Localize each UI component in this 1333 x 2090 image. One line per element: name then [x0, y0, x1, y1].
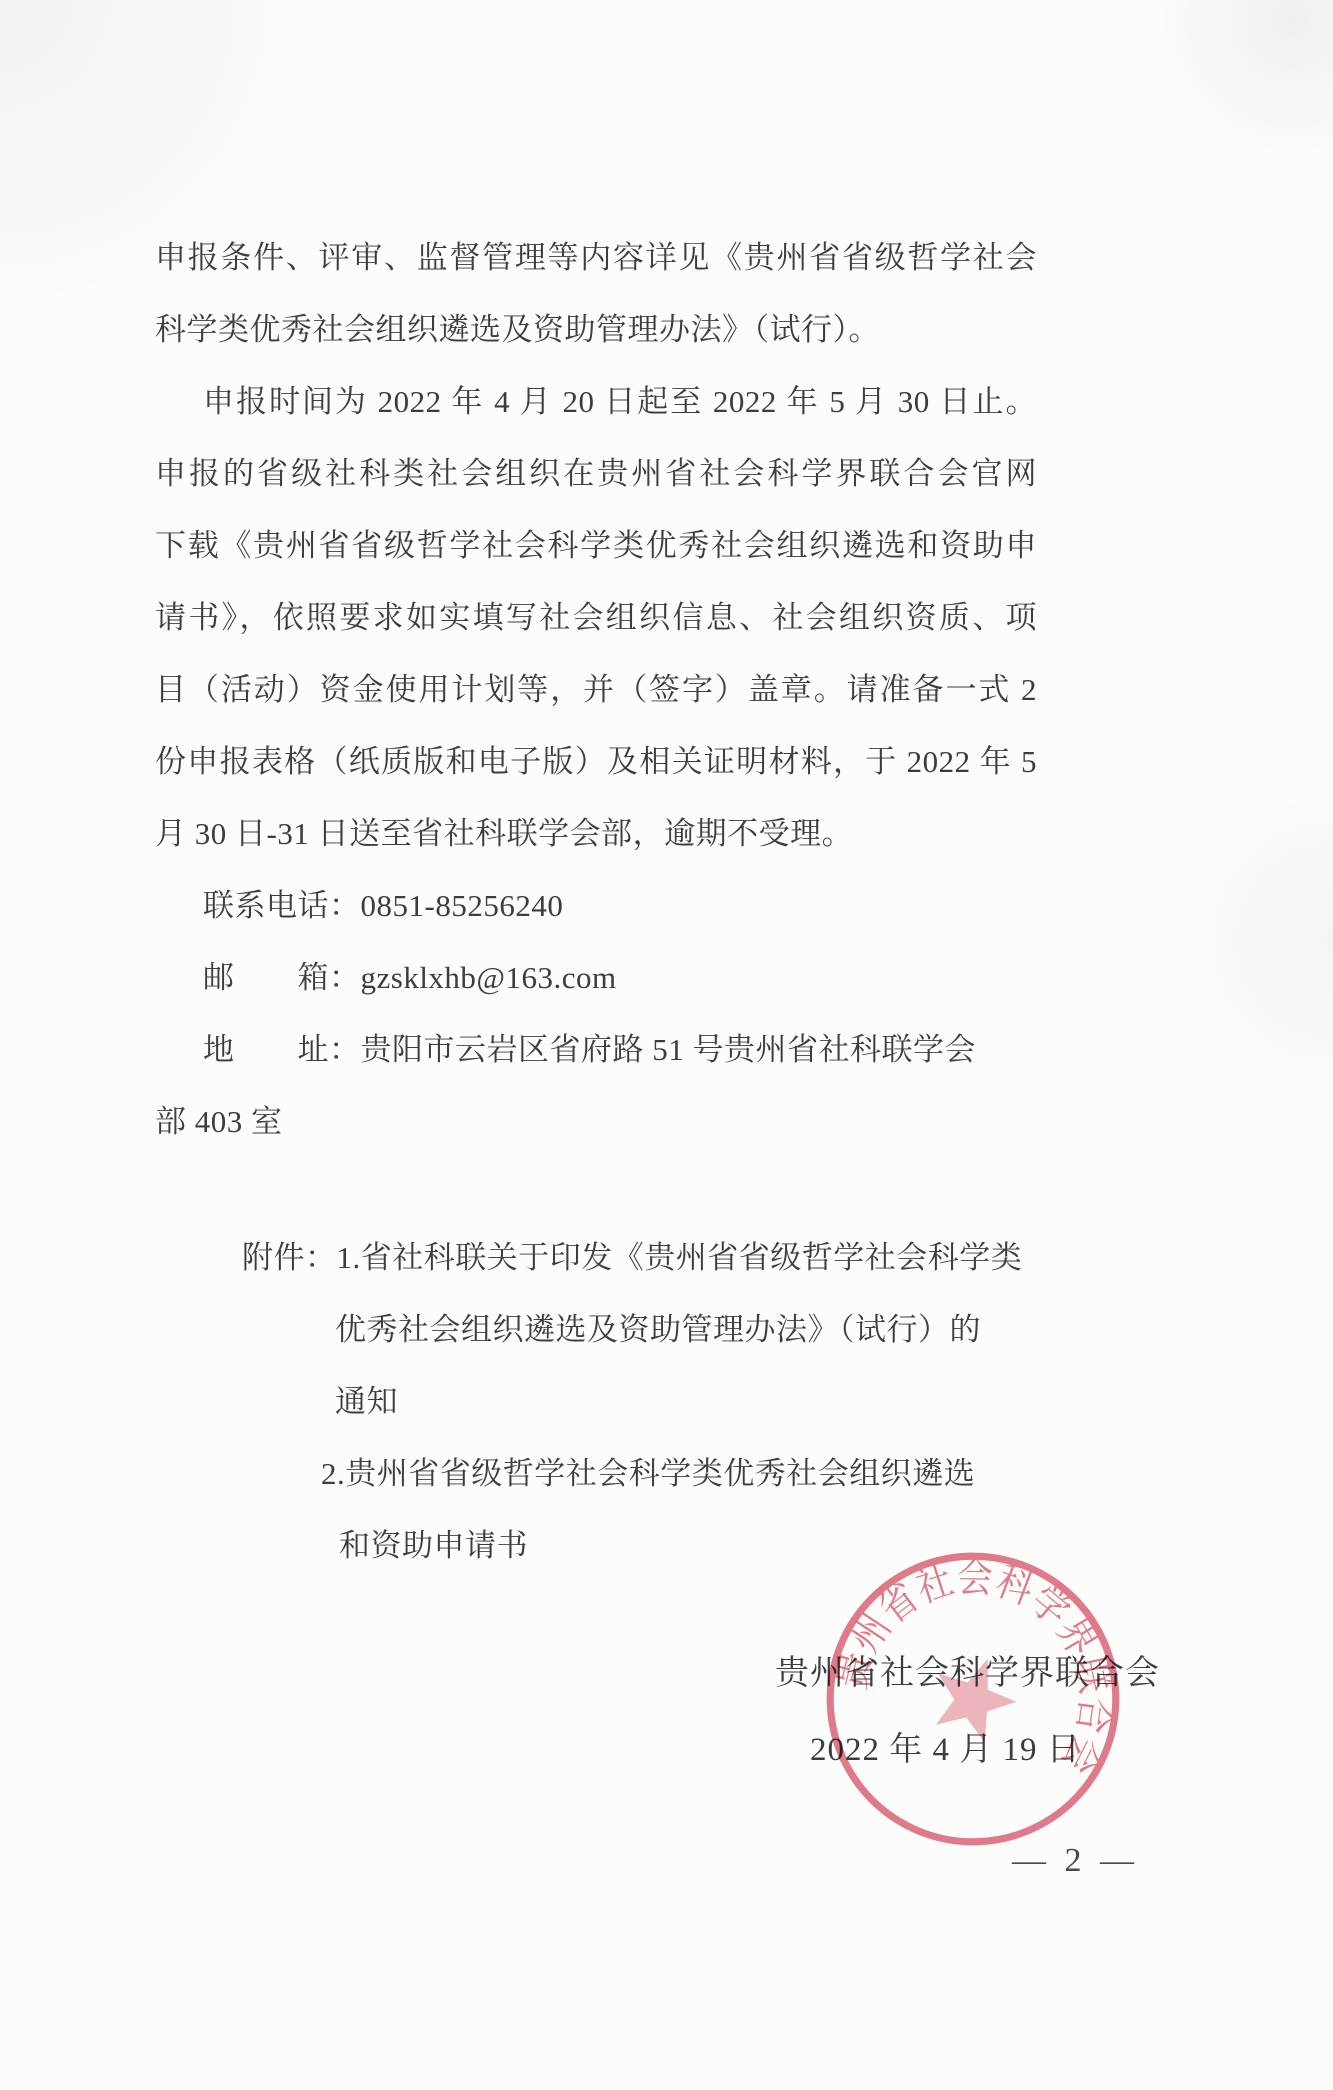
attachment-line: 2.贵州省省级哲学社会科学类优秀社会组织遴选 [242, 1438, 1142, 1510]
body-line: 月 30 日-31 日送至省社科联学会部，逾期不受理。 [155, 798, 1037, 870]
attachment-line: 优秀社会组织遴选及资助管理办法》（试行）的 [242, 1294, 1142, 1366]
signature-date: 2022 年 4 月 19 日 [810, 1726, 1081, 1774]
body-line: 申报时间为 2022 年 4 月 20 日起至 2022 年 5 月 30 日止… [155, 366, 1037, 438]
contact-email-line: 邮 箱：gzsklxhb@163.com [155, 942, 1037, 1014]
body-line: 申报的省级社科类社会组织在贵州省社会科学界联合会官网 [155, 438, 1037, 510]
attachment-line: 附件：1.省社科联关于印发《贵州省省级哲学社会科学类 [242, 1222, 1142, 1294]
contact-phone-line: 联系电话：0851-85256240 [155, 870, 1037, 942]
document-page: 申报条件、评审、监督管理等内容详见《贵州省省级哲学社会 科学类优秀社会组织遴选及… [0, 0, 1333, 2090]
attachment-block: 附件：1.省社科联关于印发《贵州省省级哲学社会科学类 优秀社会组织遴选及资助管理… [242, 1222, 1142, 1582]
contact-address-line-2: 部 403 室 [155, 1086, 1037, 1158]
body-line: 下载《贵州省省级哲学社会科学类优秀社会组织遴选和资助申 [155, 510, 1037, 582]
attachment-line: 通知 [242, 1366, 1142, 1438]
seal-ring [820, 1546, 1126, 1852]
official-seal: 贵州省社会科学界联合会 [820, 1546, 1126, 1852]
main-text-block: 申报条件、评审、监督管理等内容详见《贵州省省级哲学社会 科学类优秀社会组织遴选及… [155, 222, 1037, 1158]
page-number: — 2 — [1012, 1842, 1139, 1880]
contact-address-line: 地 址：贵阳市云岩区省府路 51 号贵州省社科联学会 [155, 1014, 1037, 1086]
body-line: 申报条件、评审、监督管理等内容详见《贵州省省级哲学社会 [155, 222, 1037, 294]
body-line: 目（活动）资金使用计划等，并（签字）盖章。请准备一式 2 [155, 654, 1037, 726]
body-line: 科学类优秀社会组织遴选及资助管理办法》（试行）。 [155, 294, 1037, 366]
attachment-line: 和资助申请书 [242, 1510, 1142, 1582]
body-line: 份申报表格（纸质版和电子版）及相关证明材料，于 2022 年 5 [155, 726, 1037, 798]
body-line: 请书》，依照要求如实填写社会组织信息、社会组织资质、项 [155, 582, 1037, 654]
signature-organization: 贵州省社会科学界联合会 [775, 1650, 1160, 1698]
